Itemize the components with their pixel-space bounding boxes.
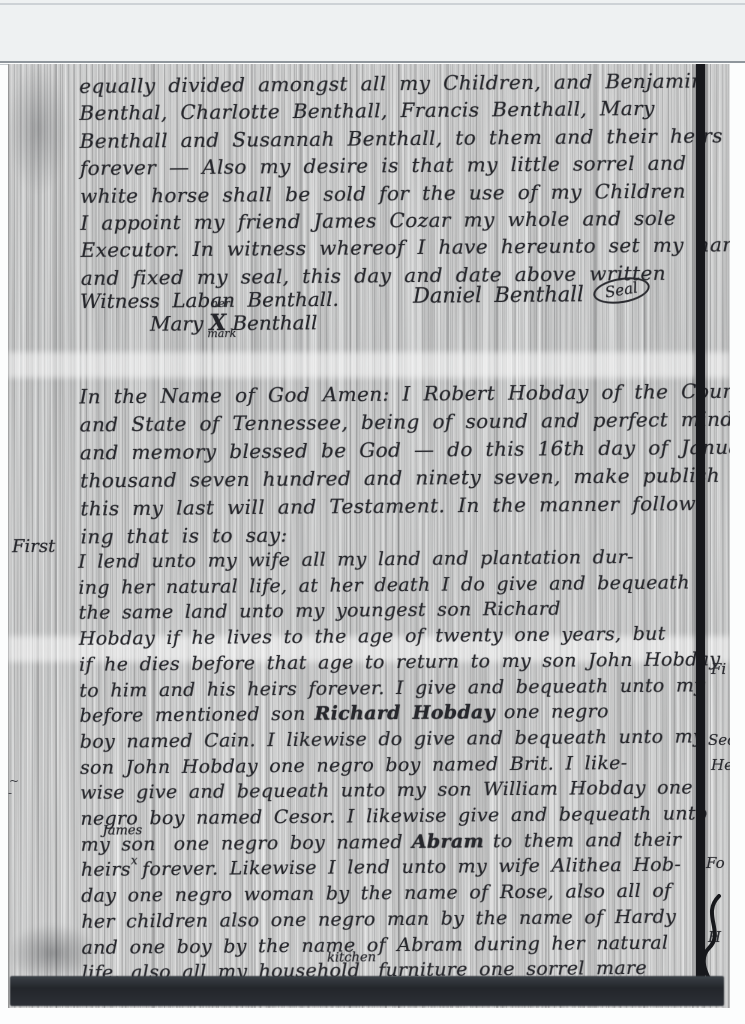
paper-fold-light-band	[8, 352, 730, 378]
mary-first-name: Mary	[150, 311, 203, 335]
line-segment: to them and their	[493, 828, 682, 852]
her-mark-x: herXmark	[209, 310, 226, 336]
line-segment: before mentioned son	[79, 703, 305, 727]
ledger-vertical-rule	[696, 64, 705, 978]
testator-signature: Daniel Benthall	[413, 282, 584, 307]
interlinear-insertion: kitchen	[327, 945, 376, 971]
overwritten-name: Richard Hobday	[314, 701, 495, 725]
left-edge-mark: -	[8, 786, 12, 800]
line-segment: one negro	[504, 700, 609, 723]
interlinear-insertion: James	[102, 818, 142, 844]
scanned-document-screenshot: equally divided amongst all my Children,…	[0, 0, 745, 1024]
scan-edge-hairline	[0, 3, 745, 5]
caret-mark: x	[131, 848, 138, 874]
mark-label: mark	[207, 327, 236, 340]
line-segment: my sonJamesx	[81, 833, 165, 856]
margin-note-first: First	[12, 536, 56, 557]
overwritten-name: Abram	[412, 830, 484, 853]
page-top-edge-line	[0, 61, 745, 63]
line-segment: one negro boy named	[174, 831, 403, 855]
opening-line-text: In the Name of God Amen: I Robert Hobday…	[79, 378, 730, 408]
margin-fragment: Fo	[706, 854, 725, 872]
mary-last-name: Benthall	[232, 310, 317, 335]
seal-label: Seal	[591, 273, 651, 307]
scan-bottom-shadow-band	[10, 976, 724, 1006]
scan-page: equally divided amongst all my Children,…	[8, 64, 730, 1008]
margin-fragment: Fi	[711, 660, 726, 678]
will-robert-hobday-clauses-block: I lend unto my wife all my land and plan…	[78, 544, 723, 987]
seal-mark: Seal	[593, 276, 650, 303]
mary-benthall-mark-signature: MaryherXmarkBenthall	[150, 309, 318, 336]
will-daniel-benthall-text-block: equally divided amongst all my Children,…	[79, 67, 730, 292]
handwritten-line: this my last will and Testament. In the …	[80, 488, 730, 523]
margin-fragment: He	[711, 756, 730, 774]
will-robert-hobday-opening-block: In the Name of God Amen: I Robert Hobday…	[79, 376, 730, 551]
margin-fragment: Sec	[708, 731, 730, 749]
corner-smudge	[8, 64, 68, 194]
flourish-stroke	[695, 894, 729, 984]
scanner-top-margin	[0, 0, 745, 61]
her-label: her	[211, 297, 230, 310]
